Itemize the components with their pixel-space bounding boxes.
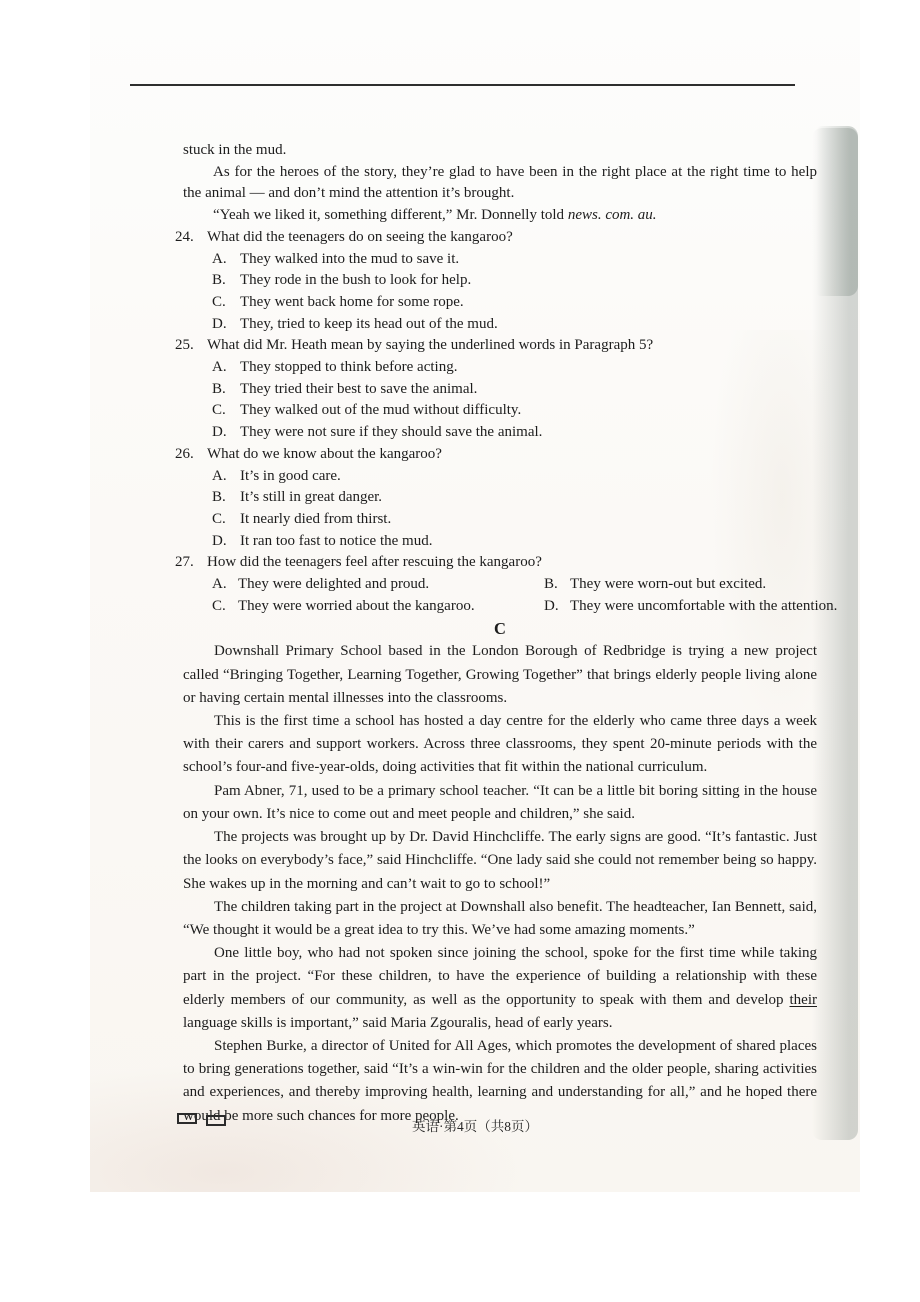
passage-b-paragraph: As for the heroes of the story, they’re … xyxy=(183,162,817,205)
passage-b-continuation-line: stuck in the mud. xyxy=(183,140,817,162)
question-27-option-a: A.They were delighted and proud. xyxy=(212,574,544,596)
quote-text: “Yeah we liked it, something different,”… xyxy=(213,207,568,223)
question-25-head: 25. What did Mr. Heath mean by saying th… xyxy=(175,335,817,357)
underlined-word: their xyxy=(790,992,818,1008)
option-text: They were uncomfortable with the attenti… xyxy=(570,596,837,618)
question-number: 27. xyxy=(175,552,207,574)
question-text: What do we know about the kangaroo? xyxy=(207,444,817,466)
passage-c-paragraph-6: One little boy, who had not spoken since… xyxy=(183,942,817,1035)
paragraph-text: language skills is important,” said Mari… xyxy=(183,1015,612,1031)
question-24: 24. What did the teenagers do on seeing … xyxy=(183,227,817,336)
option-text: They, tried to keep its head out of the … xyxy=(240,314,498,336)
question-text: What did Mr. Heath mean by saying the un… xyxy=(207,335,817,357)
option-text: They were not sure if they should save t… xyxy=(240,422,542,444)
option-label: D. xyxy=(212,422,240,444)
question-27-options-grid: A.They were delighted and proud. B.They … xyxy=(212,574,817,617)
question-25: 25. What did Mr. Heath mean by saying th… xyxy=(183,335,817,444)
question-27-option-c: C.They were worried about the kangaroo. xyxy=(212,596,544,618)
option-label: D. xyxy=(212,531,240,553)
page-footer: 英语·第4页（共8页） xyxy=(92,1115,858,1135)
paragraph-text: One little boy, who had not spoken since… xyxy=(183,945,817,1007)
question-text: How did the teenagers feel after rescuin… xyxy=(207,552,817,574)
option-text: It’s still in great danger. xyxy=(240,487,382,509)
question-26-head: 26. What do we know about the kangaroo? xyxy=(175,444,817,466)
option-text: It ran too fast to notice the mud. xyxy=(240,531,432,553)
question-27-option-d: D.They were uncomfortable with the atten… xyxy=(544,596,837,618)
option-text: They tried their best to save the animal… xyxy=(240,379,477,401)
question-26-option-d: D.It ran too fast to notice the mud. xyxy=(212,531,817,553)
passage-c-paragraph-4: The projects was brought up by Dr. David… xyxy=(183,826,817,896)
passage-c-paragraph-5: The children taking part in the project … xyxy=(183,896,817,942)
question-26-option-a: A.It’s in good care. xyxy=(212,466,817,488)
question-24-head: 24. What did the teenagers do on seeing … xyxy=(175,227,817,249)
question-24-option-c: C.They went back home for some rope. xyxy=(212,292,817,314)
scan-edge-shadow-dark xyxy=(812,126,858,296)
option-label: C. xyxy=(212,400,240,422)
passage-c: Downshall Primary School based in the Lo… xyxy=(183,640,817,1127)
passage-c-paragraph-3: Pam Abner, 71, used to be a primary scho… xyxy=(183,780,817,826)
question-27: 27. How did the teenagers feel after res… xyxy=(183,552,817,617)
option-label: B. xyxy=(212,379,240,401)
option-label: D. xyxy=(544,596,570,618)
question-25-option-d: D.They were not sure if they should save… xyxy=(212,422,817,444)
question-26-option-c: C.It nearly died from thirst. xyxy=(212,509,817,531)
question-text: What did the teenagers do on seeing the … xyxy=(207,227,817,249)
option-label: D. xyxy=(212,314,240,336)
option-text: They were worried about the kangaroo. xyxy=(238,596,475,618)
option-text: They walked out of the mud without diffi… xyxy=(240,400,521,422)
option-label: A. xyxy=(212,249,240,271)
question-25-option-c: C.They walked out of the mud without dif… xyxy=(212,400,817,422)
exam-content: stuck in the mud. As for the heroes of t… xyxy=(183,140,817,1128)
option-text: They were delighted and proud. xyxy=(238,574,429,596)
news-source-italic: news. com. au. xyxy=(568,207,657,223)
option-text: It’s in good care. xyxy=(240,466,341,488)
option-label: B. xyxy=(212,270,240,292)
option-text: They rode in the bush to look for help. xyxy=(240,270,471,292)
option-label: C. xyxy=(212,292,240,314)
scanned-exam-page: stuck in the mud. As for the heroes of t… xyxy=(0,0,920,1302)
question-24-option-a: A.They walked into the mud to save it. xyxy=(212,249,817,271)
header-rule xyxy=(130,84,795,86)
option-label: C. xyxy=(212,509,240,531)
question-24-option-d: D.They, tried to keep its head out of th… xyxy=(212,314,817,336)
question-24-option-b: B.They rode in the bush to look for help… xyxy=(212,270,817,292)
section-c-heading: C xyxy=(183,617,817,640)
option-label: C. xyxy=(212,596,238,618)
passage-c-paragraph-2: This is the first time a school has host… xyxy=(183,710,817,780)
passage-c-paragraph-7: Stephen Burke, a director of United for … xyxy=(183,1035,817,1128)
question-27-head: 27. How did the teenagers feel after res… xyxy=(175,552,817,574)
question-25-option-b: B.They tried their best to save the anim… xyxy=(212,379,817,401)
option-text: It nearly died from thirst. xyxy=(240,509,391,531)
question-number: 24. xyxy=(175,227,207,249)
option-text: They went back home for some rope. xyxy=(240,292,464,314)
question-number: 25. xyxy=(175,335,207,357)
question-26: 26. What do we know about the kangaroo? … xyxy=(183,444,817,553)
option-text: They walked into the mud to save it. xyxy=(240,249,459,271)
question-26-option-b: B.It’s still in great danger. xyxy=(212,487,817,509)
passage-c-paragraph-1: Downshall Primary School based in the Lo… xyxy=(183,640,817,710)
option-label: A. xyxy=(212,466,240,488)
option-text: They stopped to think before acting. xyxy=(240,357,457,379)
question-27-option-b: B.They were worn-out but excited. xyxy=(544,574,837,596)
option-text: They were worn-out but excited. xyxy=(570,574,766,596)
question-number: 26. xyxy=(175,444,207,466)
option-label: B. xyxy=(212,487,240,509)
option-label: A. xyxy=(212,357,240,379)
option-label: B. xyxy=(544,574,570,596)
question-25-option-a: A.They stopped to think before acting. xyxy=(212,357,817,379)
passage-b-quote-line: “Yeah we liked it, something different,”… xyxy=(183,205,817,227)
option-label: A. xyxy=(212,574,238,596)
